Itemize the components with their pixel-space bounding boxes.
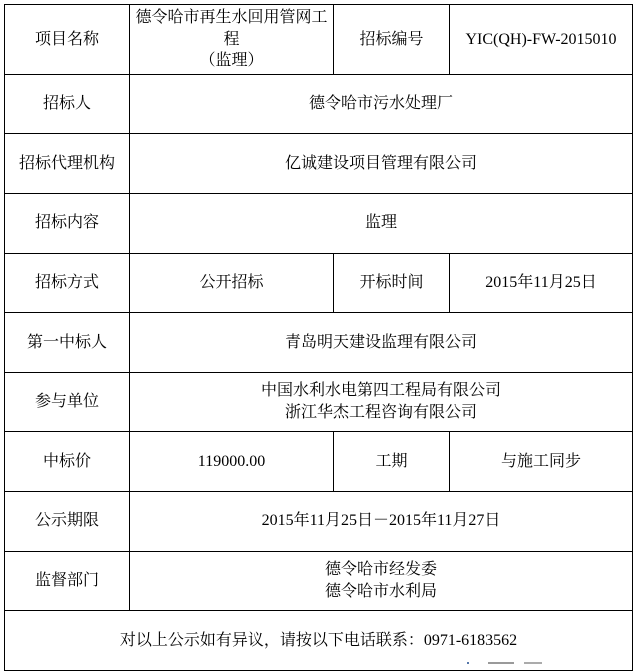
- table-row: 第一中标人 青岛明天建设监理有限公司: [5, 313, 633, 373]
- cell-duration-value: 与施工同步: [450, 432, 633, 492]
- cell-text: 招标代理机构: [19, 155, 115, 172]
- cell-text: 招标方式: [35, 274, 99, 291]
- cell-text: 浙江华杰工程咨询有限公司: [134, 402, 628, 424]
- cell-text: 工期: [375, 453, 407, 470]
- cell-text: 公示期限: [35, 512, 99, 529]
- cell-text: 中国水利水电第四工程局有限公司: [134, 380, 628, 402]
- cell-project-name-value: 德令哈市再生水回用管网工程 （监理）: [130, 5, 334, 75]
- cell-text: 招标人: [43, 95, 91, 112]
- cell-text: 监督部门: [35, 572, 99, 589]
- cell-opening-time-value: 2015年11月25日: [450, 253, 633, 313]
- cell-text: 119000.00: [198, 453, 265, 470]
- cell-tenderer-value: 德令哈市污水处理厂: [130, 74, 633, 134]
- cell-opening-time-label: 开标时间: [334, 253, 450, 313]
- cell-price-value: 119000.00: [130, 432, 334, 492]
- cropped-text-artifact: [467, 662, 469, 664]
- table-row: 招标方式 公开招标 开标时间 2015年11月25日: [5, 253, 633, 313]
- cell-text: （监理）: [134, 50, 329, 72]
- cell-project-name-label: 项目名称: [5, 5, 130, 75]
- cell-agency-value: 亿诚建设项目管理有限公司: [130, 134, 633, 194]
- cell-text: 2015年11月25日－2015年11月27日: [262, 512, 501, 529]
- cell-text: 亿诚建设项目管理有限公司: [285, 155, 477, 172]
- table-row: 公示期限 2015年11月25日－2015年11月27日: [5, 491, 633, 551]
- cell-participants-value: 中国水利水电第四工程局有限公司 浙江华杰工程咨询有限公司: [130, 372, 633, 432]
- cell-agency-label: 招标代理机构: [5, 134, 130, 194]
- cell-text: 项目名称: [35, 31, 99, 48]
- cell-text: 中标价: [43, 453, 91, 470]
- cell-text: 德令哈市再生水回用管网工程: [134, 7, 329, 50]
- cell-first-winner-label: 第一中标人: [5, 313, 130, 373]
- cropped-text-artifact: [488, 662, 514, 664]
- table-row: 招标内容 监理: [5, 193, 633, 253]
- cell-text: 与施工同步: [501, 453, 581, 470]
- cell-text: 第一中标人: [27, 334, 107, 351]
- table-row: 招标代理机构 亿诚建设项目管理有限公司: [5, 134, 633, 194]
- cell-text: 招标编号: [359, 31, 423, 48]
- table-row: 中标价 119000.00 工期 与施工同步: [5, 432, 633, 492]
- cell-text: 德令哈市水利局: [134, 581, 628, 603]
- table-row: 监督部门 德令哈市经发委 德令哈市水利局: [5, 551, 633, 611]
- cropped-text-artifact: [524, 662, 542, 664]
- cell-supervision-value: 德令哈市经发委 德令哈市水利局: [130, 551, 633, 611]
- cell-duration-label: 工期: [334, 432, 450, 492]
- cell-content-label: 招标内容: [5, 193, 130, 253]
- cell-method-value: 公开招标: [130, 253, 334, 313]
- cell-method-label: 招标方式: [5, 253, 130, 313]
- cell-publicity-period-value: 2015年11月25日－2015年11月27日: [130, 491, 633, 551]
- cell-text: 对以上公示如有异议，请按以下电话联系：0971-6183562: [120, 632, 517, 649]
- cell-text: 德令哈市污水处理厂: [309, 95, 453, 112]
- cell-text: 招标内容: [35, 214, 99, 231]
- bid-announcement-table: 项目名称 德令哈市再生水回用管网工程 （监理） 招标编号 YIC(QH)-FW-…: [4, 4, 633, 671]
- cell-first-winner-value: 青岛明天建设监理有限公司: [130, 313, 633, 373]
- cell-bid-number-value: YIC(QH)-FW-2015010: [450, 5, 633, 75]
- cell-price-label: 中标价: [5, 432, 130, 492]
- table-row: 招标人 德令哈市污水处理厂: [5, 74, 633, 134]
- cell-text: YIC(QH)-FW-2015010: [465, 31, 616, 48]
- cell-bid-number-label: 招标编号: [334, 5, 450, 75]
- cell-text: 监理: [365, 214, 397, 231]
- table-row: 参与单位 中国水利水电第四工程局有限公司 浙江华杰工程咨询有限公司: [5, 372, 633, 432]
- cell-publicity-period-label: 公示期限: [5, 491, 130, 551]
- cell-text: 德令哈市经发委: [134, 559, 628, 581]
- cell-text: 开标时间: [359, 274, 423, 291]
- table-row: 项目名称 德令哈市再生水回用管网工程 （监理） 招标编号 YIC(QH)-FW-…: [5, 5, 633, 75]
- cell-text: 青岛明天建设监理有限公司: [285, 334, 477, 351]
- cell-text: 参与单位: [35, 393, 99, 410]
- cell-tenderer-label: 招标人: [5, 74, 130, 134]
- cell-supervision-label: 监督部门: [5, 551, 130, 611]
- cell-content-value: 监理: [130, 193, 633, 253]
- cell-participants-label: 参与单位: [5, 372, 130, 432]
- cell-text: 2015年11月25日: [485, 274, 596, 291]
- cell-text: 公开招标: [199, 274, 263, 291]
